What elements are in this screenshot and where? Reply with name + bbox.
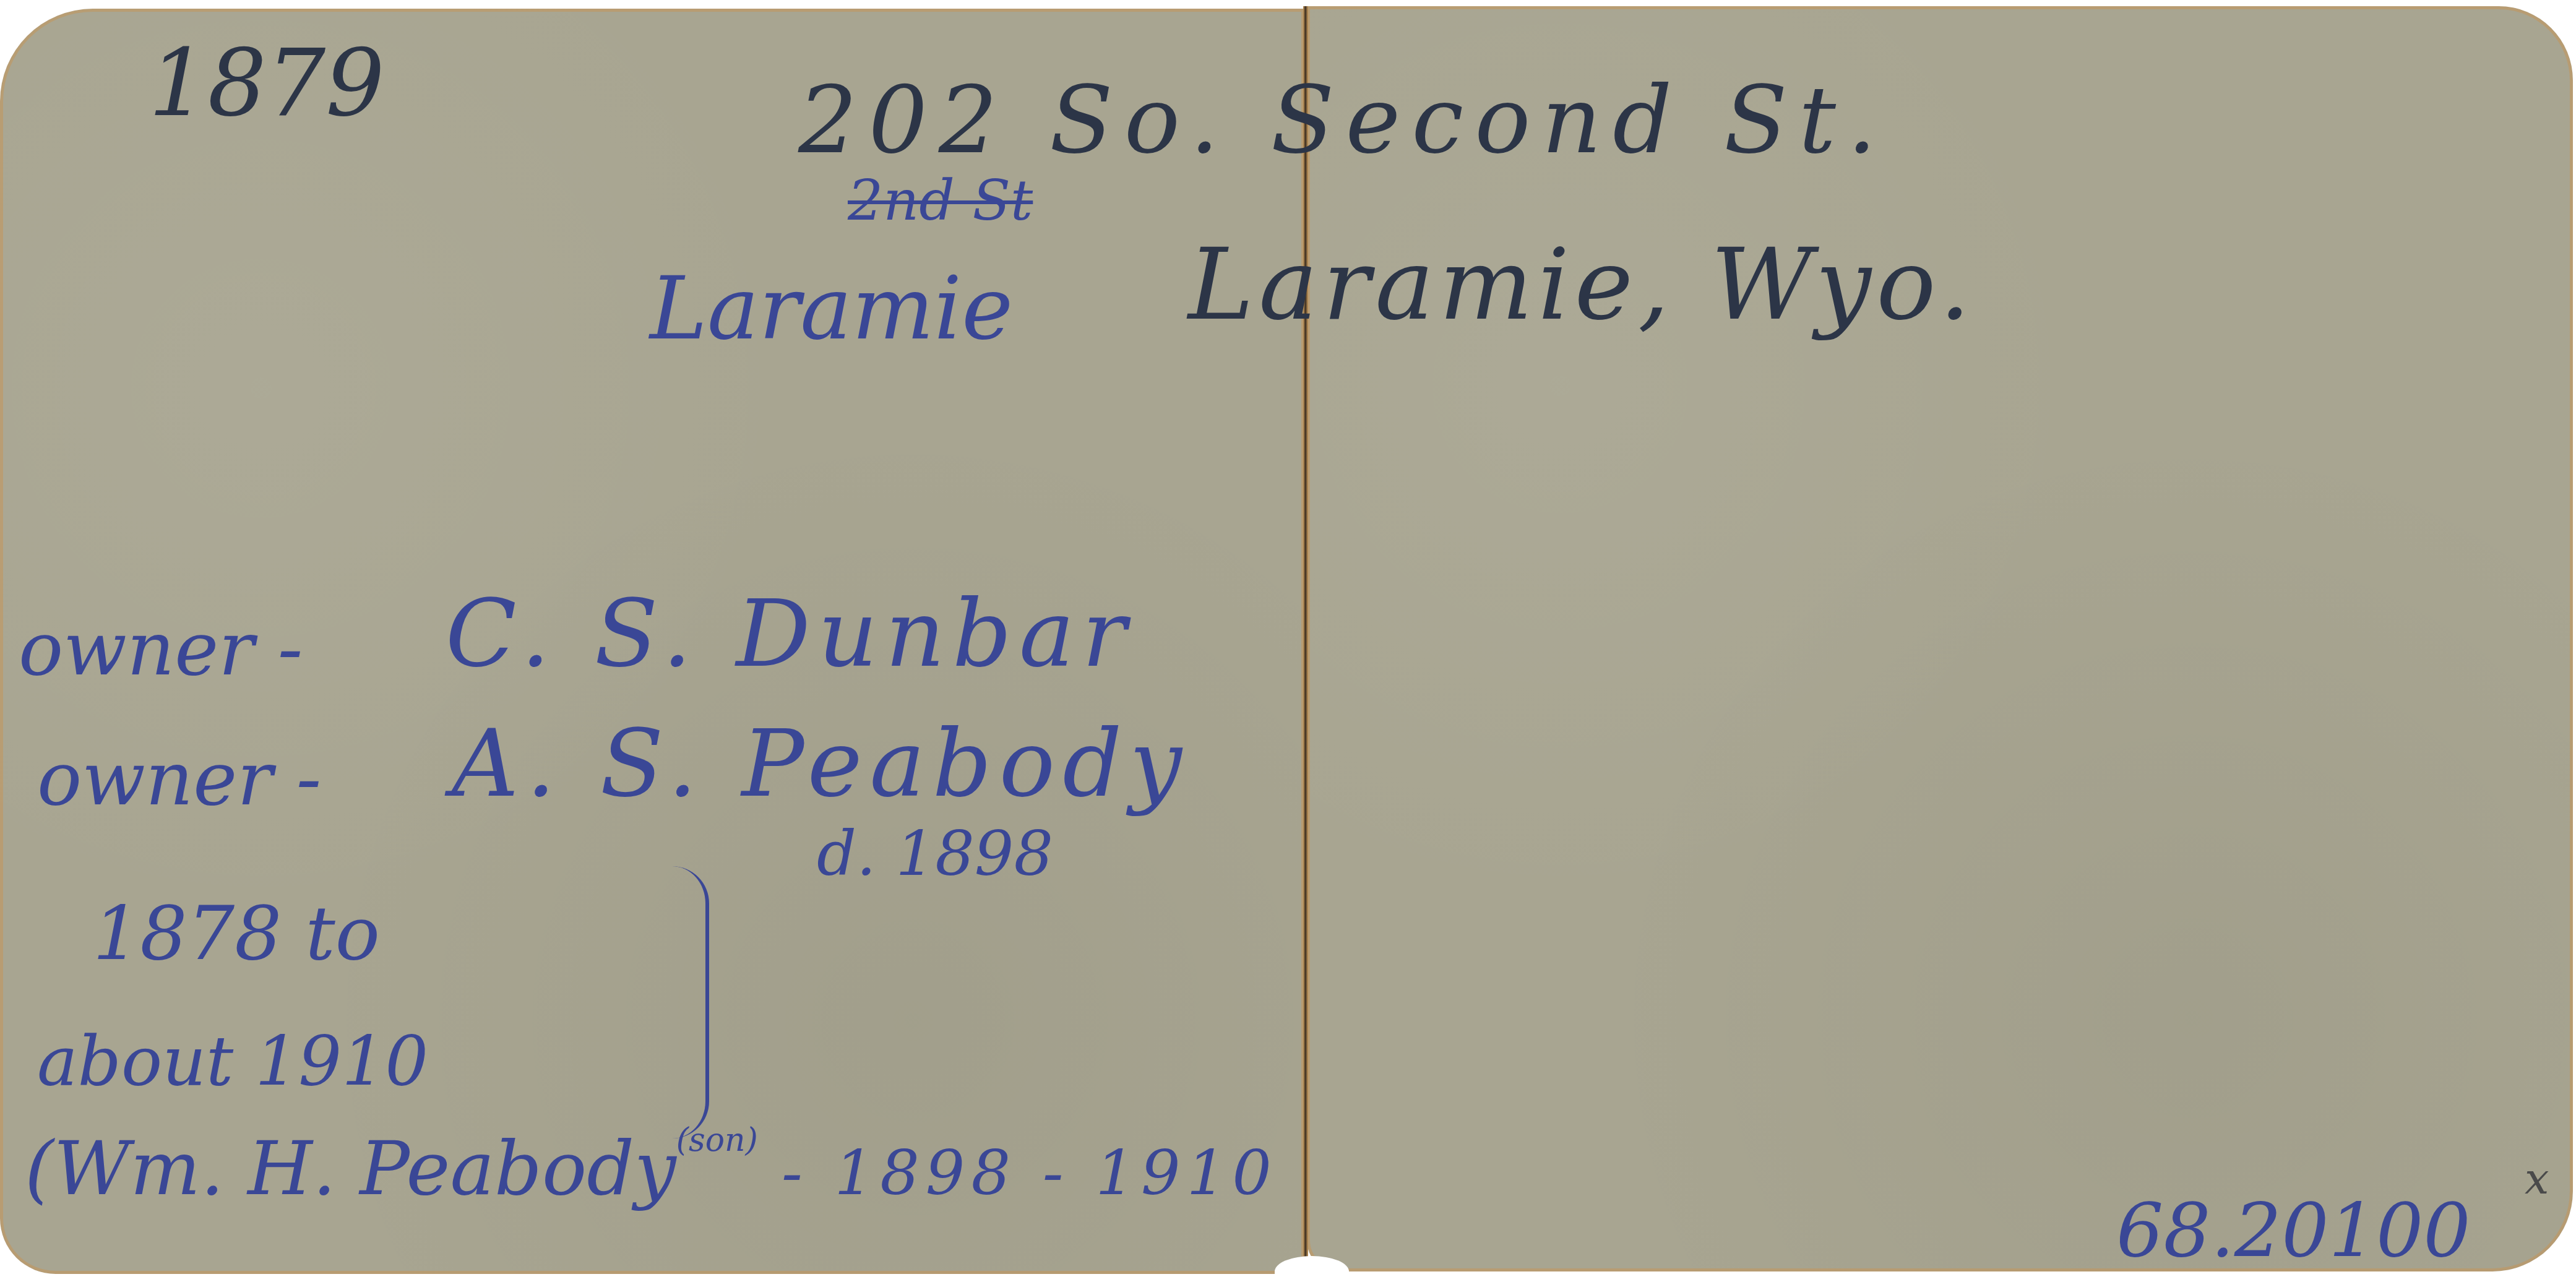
death-note: d. 1898 [817,823,1053,885]
city-blue-note: Laramie [650,266,1013,353]
owner-name-1: C. S. Dunbar [446,588,1134,681]
son-qualifier: (son) [676,1122,758,1159]
catalog-mark: x [2525,1157,2549,1200]
street-address: 202 So. Second St. [798,74,1888,167]
card-bottom-notch [1275,1256,1349,1282]
card-fold-crease [1303,6,1308,1275]
son-entry: (Wm. H. Peabody(son) - 1898 - 1910 [25,1132,1278,1207]
period-start: 1878 to [93,897,380,971]
son-name: (Wm. H. Peabody [25,1126,676,1212]
catalog-number: 68.20100 [2116,1194,2471,1268]
struck-street-note: 2nd St [848,173,1033,229]
son-dates: - 1898 - 1910 [782,1137,1278,1209]
year-annotation: 1879 [149,37,385,130]
card-right-panel [1307,6,2573,1271]
period-end: about 1910 [37,1027,428,1095]
owner-label-1: owner - [19,613,303,687]
bracket-mark [631,866,709,1138]
city-state: Laramie, Wyo. [1188,235,1976,334]
owner-label-2: owner - [37,742,321,817]
owner-name-2: A. S. Peabody [452,718,1189,811]
